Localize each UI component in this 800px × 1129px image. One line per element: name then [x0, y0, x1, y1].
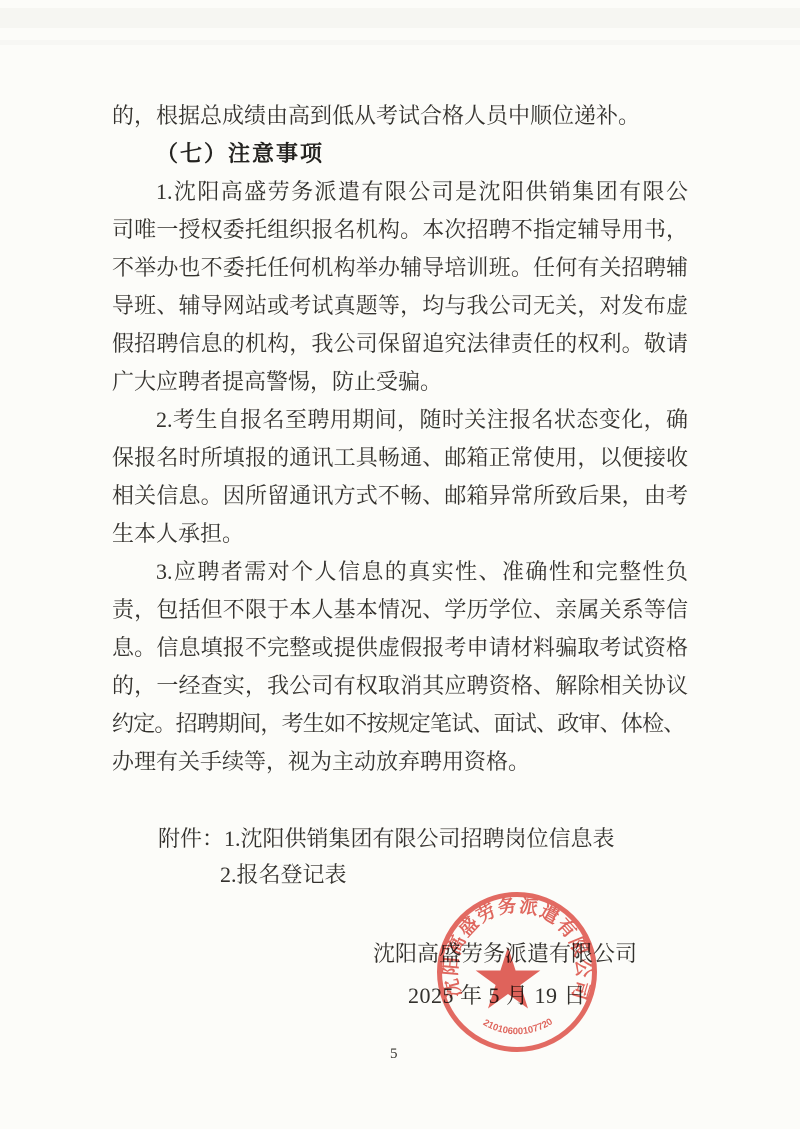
attachment-line-2: 2.报名登记表	[220, 857, 615, 893]
body-line: 的，一经查实，我公司有权取消其应聘资格、解除相关协议	[112, 667, 688, 705]
body-line: 约定。招聘期间，考生如不按规定笔试、面试、政审、体检、	[112, 705, 688, 743]
body-line: 的，根据总成绩由高到低从考试合格人员中顺位递补。	[112, 97, 688, 135]
company-signature: 沈阳高盛劳务派遣有限公司	[373, 941, 637, 967]
official-seal: 沈阳高盛劳务派遣有限公司 210106001077208	[430, 885, 605, 1060]
body-line: 导班、辅导网站或考试真题等，均与我公司无关，对发布虚	[112, 287, 688, 325]
attachment-line-1: 附件：1.沈阳供销集团有限公司招聘岗位信息表	[158, 821, 615, 857]
scan-artifact	[0, 40, 800, 45]
body-line: 息。信息填报不完整或提供虚假报考申请材料骗取考试资格	[112, 629, 688, 667]
body-line: 生本人承担。	[112, 515, 688, 553]
body-line: 1.沈阳高盛劳务派遣有限公司是沈阳供销集团有限公	[112, 173, 688, 211]
body-line: 相关信息。因所留通讯方式不畅、邮箱异常所致后果，由考	[112, 477, 688, 515]
page-number: 5	[390, 1046, 398, 1063]
signature-date: 2025 年 5 月 19 日	[408, 983, 586, 1009]
body-line: 保报名时所填报的通讯工具畅通、邮箱正常使用，以便接收	[112, 439, 688, 477]
section-heading: （七）注意事项	[112, 135, 688, 173]
body-line: 假招聘信息的机构，我公司保留追究法律责任的权利。敬请	[112, 325, 688, 363]
body-line: 办理有关手续等，视为主动放弃聘用资格。	[112, 743, 688, 781]
seal-ring	[440, 895, 595, 1050]
body-line: 2.考生自报名至聘用期间，随时关注报名状态变化，确	[112, 401, 688, 439]
body-line: 司唯一授权委托组织报名机构。本次招聘不指定辅导用书，	[112, 211, 688, 249]
body-line: 广大应聘者提高警惕，防止受骗。	[112, 363, 688, 401]
body-line: 责，包括但不限于本人基本情况、学历学位、亲属关系等信	[112, 591, 688, 629]
scan-artifact	[0, 8, 800, 28]
document-body: 的，根据总成绩由高到低从考试合格人员中顺位递补。 （七）注意事项 1.沈阳高盛劳…	[112, 97, 688, 781]
document-page: 的，根据总成绩由高到低从考试合格人员中顺位递补。 （七）注意事项 1.沈阳高盛劳…	[0, 0, 800, 1129]
body-line: 3.应聘者需对个人信息的真实性、准确性和完整性负	[112, 553, 688, 591]
attachment-list: 附件：1.沈阳供销集团有限公司招聘岗位信息表 2.报名登记表	[158, 821, 615, 893]
body-line: 不举办也不委托任何机构举办辅导培训班。任何有关招聘辅	[112, 249, 688, 287]
